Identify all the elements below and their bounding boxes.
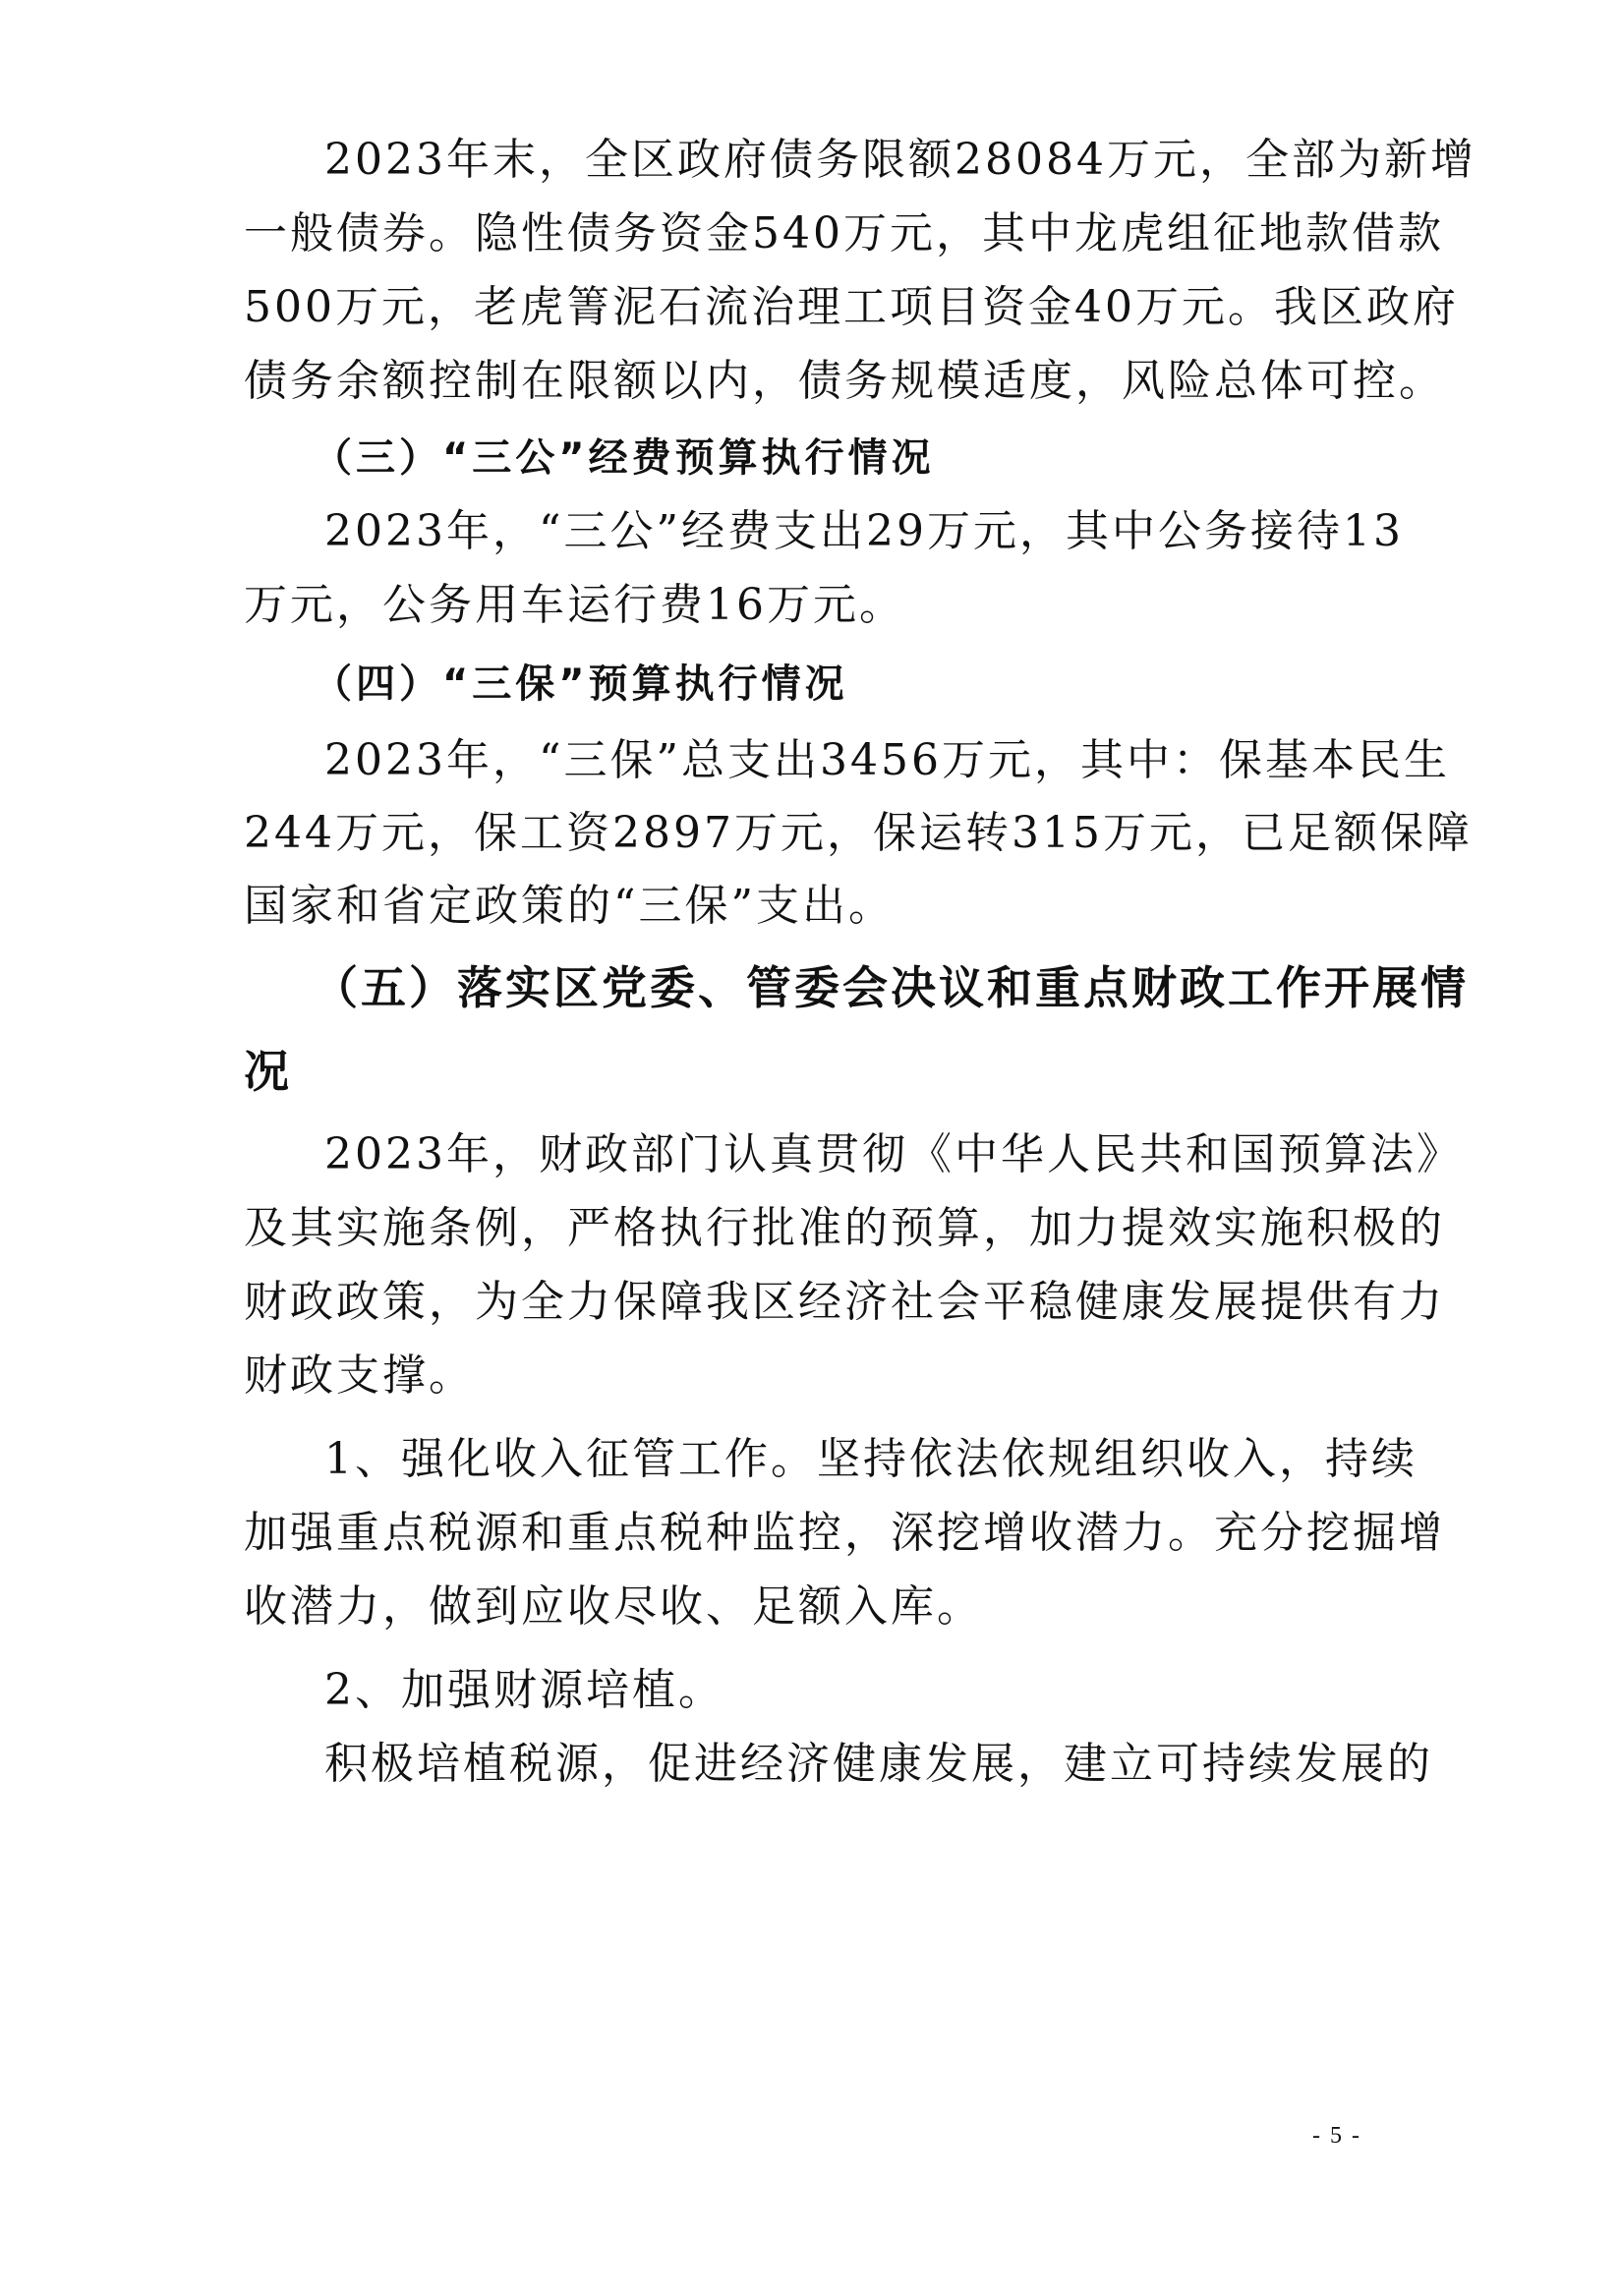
- paragraph-line: 2023年末，全区政府债务限额28084万元，全部为新增: [324, 131, 1364, 190]
- paragraph-line: 244万元，保工资2897万元，保运转315万元，已足额保障: [244, 804, 1364, 863]
- list-item-2-heading: 2、加强财源培植。: [324, 1661, 1455, 1720]
- paragraph-line: 及其实施条例，严格执行批准的预算，加力提效实施积极的: [244, 1199, 1364, 1258]
- paragraph-line: 500万元，老虎箐泥石流治理工项目资金40万元。我区政府: [244, 278, 1364, 337]
- paragraph-line: 财政支撑。: [244, 1347, 1374, 1406]
- list-item-1-line: 加强重点税源和重点税种监控，深挖增收潜力。充分挖掘增: [244, 1504, 1364, 1563]
- document-page: 2023年末，全区政府债务限额28084万元，全部为新增 一般债券。隐性债务资金…: [0, 0, 1620, 2296]
- paragraph-line: 2023年，“三公”经费支出29万元，其中公务接待13: [324, 502, 1364, 561]
- section-heading-3: （三）“三公”经费预算执行情况: [313, 429, 1443, 488]
- section-heading-5: （五）落实区党委、管委会决议和重点财政工作开展情: [313, 958, 1364, 1017]
- section-heading-4: （四）“三保”预算执行情况: [313, 655, 1443, 714]
- paragraph-line: 财政政策，为全力保障我区经济社会平稳健康发展提供有力: [244, 1273, 1364, 1332]
- page-number: - 5 -: [1312, 2123, 1361, 2150]
- paragraph-line: 万元，公务用车运行费16万元。: [244, 576, 1374, 635]
- paragraph-line: 债务余额控制在限额以内，债务规模适度，风险总体可控。: [244, 352, 1364, 411]
- paragraph-line: 2023年，“三保”总支出3456万元，其中：保基本民生: [324, 731, 1364, 790]
- list-item-2-line: 积极培植税源，促进经济健康发展，建立可持续发展的: [324, 1735, 1364, 1794]
- paragraph-line: 2023年，财政部门认真贯彻《中华人民共和国预算法》: [324, 1125, 1364, 1184]
- list-item-1: 1、强化收入征管工作。坚持依法依规组织收入，持续: [324, 1430, 1364, 1489]
- section-heading-5-continued: 况: [244, 1042, 1374, 1101]
- paragraph-line: 一般债券。隐性债务资金540万元，其中龙虎组征地款借款: [244, 204, 1364, 263]
- list-item-1-line: 收潜力，做到应收尽收、足额入库。: [244, 1578, 1374, 1636]
- paragraph-line: 国家和省定政策的“三保”支出。: [244, 877, 1374, 936]
